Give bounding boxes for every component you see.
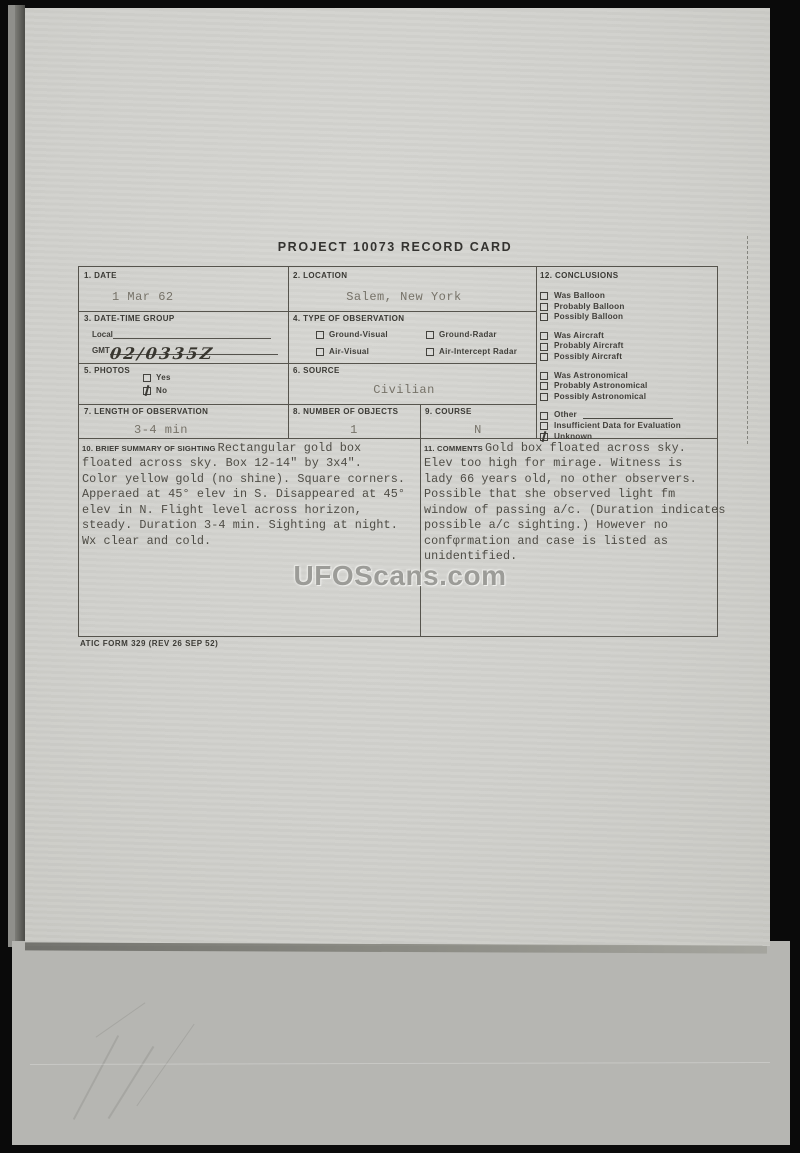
conclusion-group-astronomical: Was Astronomical Probably Astronomical P… [540, 371, 716, 403]
conclusions-list: Was Balloon Probably Balloon Possibly Ba… [540, 283, 716, 442]
checkbox-insufficient-data [540, 422, 548, 430]
scan-artifact-line [747, 236, 748, 444]
conclusion-group-aircraft: Was Aircraft Probably Aircraft Possibly … [540, 331, 716, 363]
comments-line: Possible that she observed light fm [424, 487, 716, 502]
scanned-document: PROJECT 10073 RECORD CARD 1. DATE 1 Mar … [0, 0, 800, 1153]
field-label-course: 9. COURSE [425, 407, 472, 416]
backing-surface [12, 941, 790, 1145]
field-value-length-of-observation: 3-4 min [134, 423, 188, 437]
watermark: UFOScans.com [0, 560, 800, 592]
field-label-comments: 11. COMMENTS [424, 444, 483, 453]
conclusion-label: Probably Balloon [554, 302, 625, 313]
summary-text: Rectangular gold box [218, 441, 362, 455]
conclusion-label: Was Aircraft [554, 331, 604, 342]
conclusion-item: Probably Astronomical [540, 381, 716, 392]
checkbox-probably-astronomical [540, 382, 548, 390]
local-label: Local [92, 330, 113, 339]
option-ground-visual: Ground-Visual [316, 330, 388, 339]
conclusion-label: Other [554, 410, 577, 421]
comments-line: window of passing a/c. (Duration indicat… [424, 503, 716, 518]
checkbox-air-intercept-radar [426, 348, 434, 356]
field-label-number-of-objects: 8. NUMBER OF OBJECTS [293, 407, 398, 416]
option-ground-radar: Ground-Radar [426, 330, 497, 339]
conclusion-item: Insufficient Data for Evaluation [540, 421, 716, 432]
gmt-time-row: GMT02/0335Z [92, 346, 278, 355]
field-label-source: 6. SOURCE [293, 366, 340, 375]
table-line [79, 404, 536, 405]
field-value-number-of-objects: 1 [288, 423, 420, 437]
conclusion-item: Probably Balloon [540, 302, 716, 313]
comments-block: 11. COMMENTSGold box floated across sky.… [424, 441, 716, 565]
document-title: PROJECT 10073 RECORD CARD [0, 240, 790, 254]
brief-summary-block: 10. BRIEF SUMMARY OF SIGHTINGRectangular… [82, 441, 418, 549]
checkbox-other [540, 412, 548, 420]
field-label-conclusions: 12. CONCLUSIONS [540, 271, 618, 280]
comments-text: Gold box floated across sky. [485, 441, 686, 455]
checkbox-air-visual [316, 348, 324, 356]
conclusion-label: Insufficient Data for Evaluation [554, 421, 681, 432]
field-label-location: 2. LOCATION [293, 271, 347, 280]
checkbox-probably-balloon [540, 303, 548, 311]
summary-line: Apperaed at 45° elev in S. Disappeared a… [82, 487, 418, 502]
conclusion-group-balloon: Was Balloon Probably Balloon Possibly Ba… [540, 291, 716, 323]
summary-line: elev in N. Flight level across horizon, [82, 503, 418, 518]
option-label: Air-Visual [329, 347, 369, 356]
checkbox-ground-visual [316, 331, 324, 339]
summary-line: steady. Duration 3-4 min. Sighting at ni… [82, 518, 418, 533]
option-label: Ground-Radar [439, 330, 497, 339]
option-label: Yes [156, 373, 171, 382]
option-air-visual: Air-Visual [316, 347, 369, 356]
local-time-row: Local [92, 330, 271, 339]
conclusion-label: Unknown [554, 432, 592, 443]
comments-line: possible a/c sighting.) However no [424, 518, 716, 533]
field-label-length-of-observation: 7. LENGTH OF OBSERVATION [84, 407, 208, 416]
field-value-source: Civilian [288, 383, 570, 397]
gmt-blank-line: 02/0335Z [110, 346, 278, 355]
checkbox-ground-radar [426, 331, 434, 339]
option-photos-no: No [143, 386, 167, 395]
checkbox-possibly-astronomical [540, 393, 548, 401]
conclusion-item: Was Astronomical [540, 371, 716, 382]
conclusion-item: Possibly Aircraft [540, 352, 716, 363]
conclusion-group-other: Other Insufficient Data for Evaluation U… [540, 410, 716, 442]
scan-edge-strip [8, 5, 15, 947]
checkbox-photos-no [143, 387, 151, 395]
conclusion-item: Other [540, 410, 716, 421]
conclusion-label: Was Astronomical [554, 371, 628, 382]
checkbox-was-astronomical [540, 372, 548, 380]
checkbox-probably-aircraft [540, 343, 548, 351]
conclusion-item: Was Balloon [540, 291, 716, 302]
checkbox-possibly-aircraft [540, 353, 548, 361]
checkbox-was-balloon [540, 292, 548, 300]
field-value-course: N [420, 423, 536, 437]
checkbox-unknown [540, 433, 548, 441]
field-value-location: Salem, New York [288, 290, 520, 304]
other-blank-line [583, 412, 673, 419]
local-blank-line [113, 330, 271, 339]
summary-line: Color yellow gold (no shine). Square cor… [82, 472, 418, 487]
conclusion-label: Was Balloon [554, 291, 605, 302]
summary-line: 10. BRIEF SUMMARY OF SIGHTINGRectangular… [82, 441, 418, 456]
field-label-date: 1. DATE [84, 271, 117, 280]
table-line [79, 363, 536, 364]
conclusion-item: Possibly Astronomical [540, 392, 716, 403]
conclusion-label: Possibly Astronomical [554, 392, 646, 403]
gmt-handwritten-value: 02/0335Z [109, 349, 215, 359]
option-label: Air-Intercept Radar [439, 347, 517, 356]
gmt-label: GMT [92, 346, 110, 355]
comments-line: Elev too high for mirage. Witness is [424, 456, 716, 471]
comments-line: confφrmation and case is listed as [424, 534, 716, 549]
table-line [420, 404, 421, 636]
comments-line: 11. COMMENTSGold box floated across sky. [424, 441, 716, 456]
summary-line: Wx clear and cold. [82, 534, 418, 549]
form-number-footer: ATIC FORM 329 (REV 26 SEP 52) [80, 639, 218, 648]
conclusion-item: Probably Aircraft [540, 341, 716, 352]
scan-edge-shadow [15, 5, 25, 948]
conclusion-label: Possibly Aircraft [554, 352, 622, 363]
conclusion-label: Probably Astronomical [554, 381, 648, 392]
summary-line: floated across sky. Box 12-14" by 3x4". [82, 456, 418, 471]
conclusion-item: Was Aircraft [540, 331, 716, 342]
table-line [79, 311, 536, 312]
checkbox-possibly-balloon [540, 313, 548, 321]
field-label-photos: 5. PHOTOS [84, 366, 130, 375]
checkbox-photos-yes [143, 374, 151, 382]
comments-line: lady 66 years old, no other observers. [424, 472, 716, 487]
field-label-brief-summary: 10. BRIEF SUMMARY OF SIGHTING [82, 444, 216, 453]
conclusion-item: Possibly Balloon [540, 312, 716, 323]
option-label: Ground-Visual [329, 330, 388, 339]
option-label: No [156, 386, 167, 395]
conclusion-label: Possibly Balloon [554, 312, 623, 323]
field-value-date: 1 Mar 62 [112, 290, 174, 304]
conclusion-item: Unknown [540, 432, 716, 443]
option-air-intercept-radar: Air-Intercept Radar [426, 347, 517, 356]
checkbox-was-aircraft [540, 332, 548, 340]
conclusion-label: Probably Aircraft [554, 341, 624, 352]
field-label-type-of-observation: 4. TYPE OF OBSERVATION [293, 314, 404, 323]
table-line [536, 267, 537, 438]
field-label-date-time-group: 3. DATE-TIME GROUP [84, 314, 175, 323]
option-photos-yes: Yes [143, 373, 171, 382]
